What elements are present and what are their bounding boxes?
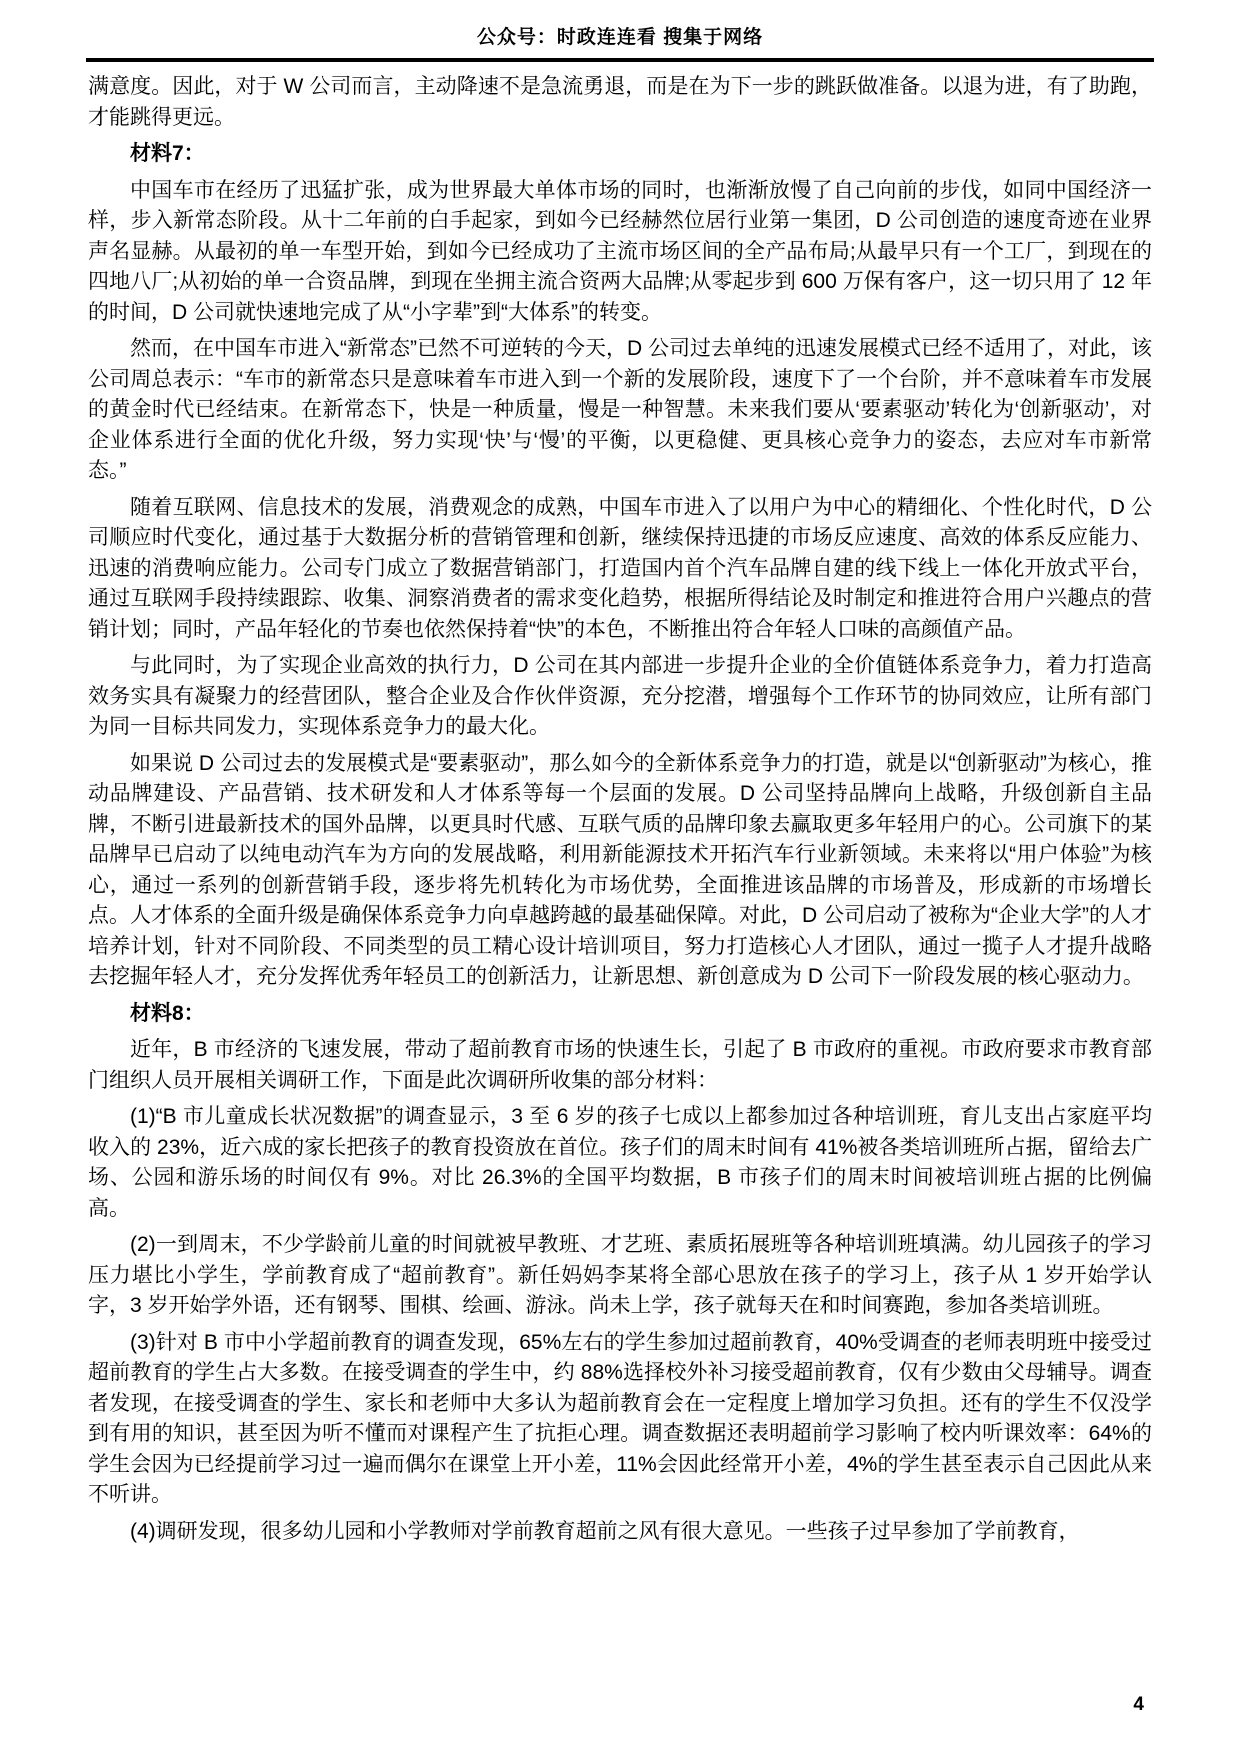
paragraph: 然而，在中国车市进入“新常态”已然不可逆转的今天，D 公司过去单纯的迅速发展模式…	[88, 334, 1152, 487]
paragraph: (3)针对 B 市中小学超前教育的调查发现，65%左右的学生参加过超前教育，40…	[88, 1328, 1152, 1511]
paragraph: (2)一到周末，不少学龄前儿童的时间就被早教班、才艺班、素质拓展班等各种培训班填…	[88, 1230, 1152, 1322]
page-number: 4	[1133, 1694, 1144, 1716]
document-page: 公众号：时政连连看 搜集于网络 满意度。因此，对于 W 公司而言，主动降速不是急…	[0, 0, 1240, 1754]
page-header: 公众号：时政连连看 搜集于网络	[86, 22, 1154, 62]
paragraph: 中国车市在经历了迅猛扩张，成为世界最大单体市场的同时，也渐渐放慢了自己向前的步伐…	[88, 176, 1152, 329]
document-body: 满意度。因此，对于 W 公司而言，主动降速不是急流勇退，而是在为下一步的跳跃做准…	[88, 72, 1152, 1553]
paragraph: 与此同时，为了实现企业高效的执行力，D 公司在其内部进一步提升企业的全价值链体系…	[88, 651, 1152, 743]
paragraph: 近年，B 市经济的飞速发展，带动了超前教育市场的快速生长，引起了 B 市政府的重…	[88, 1035, 1152, 1096]
paragraph: 如果说 D 公司过去的发展模式是“要素驱动”，那么如今的全新体系竞争力的打造，就…	[88, 749, 1152, 993]
paragraph: (1)“B 市儿童成长状况数据”的调查显示，3 至 6 岁的孩子七成以上都参加过…	[88, 1102, 1152, 1224]
material-heading: 材料8：	[88, 999, 1152, 1030]
paragraph: (4)调研发现，很多幼儿园和小学教师对学前教育超前之风有很大意见。一些孩子过早参…	[88, 1517, 1152, 1548]
paragraph: 随着互联网、信息技术的发展，消费观念的成熟，中国车市进入了以用户为中心的精细化、…	[88, 493, 1152, 646]
material-heading: 材料7：	[88, 139, 1152, 170]
paragraph: 满意度。因此，对于 W 公司而言，主动降速不是急流勇退，而是在为下一步的跳跃做准…	[88, 72, 1152, 133]
